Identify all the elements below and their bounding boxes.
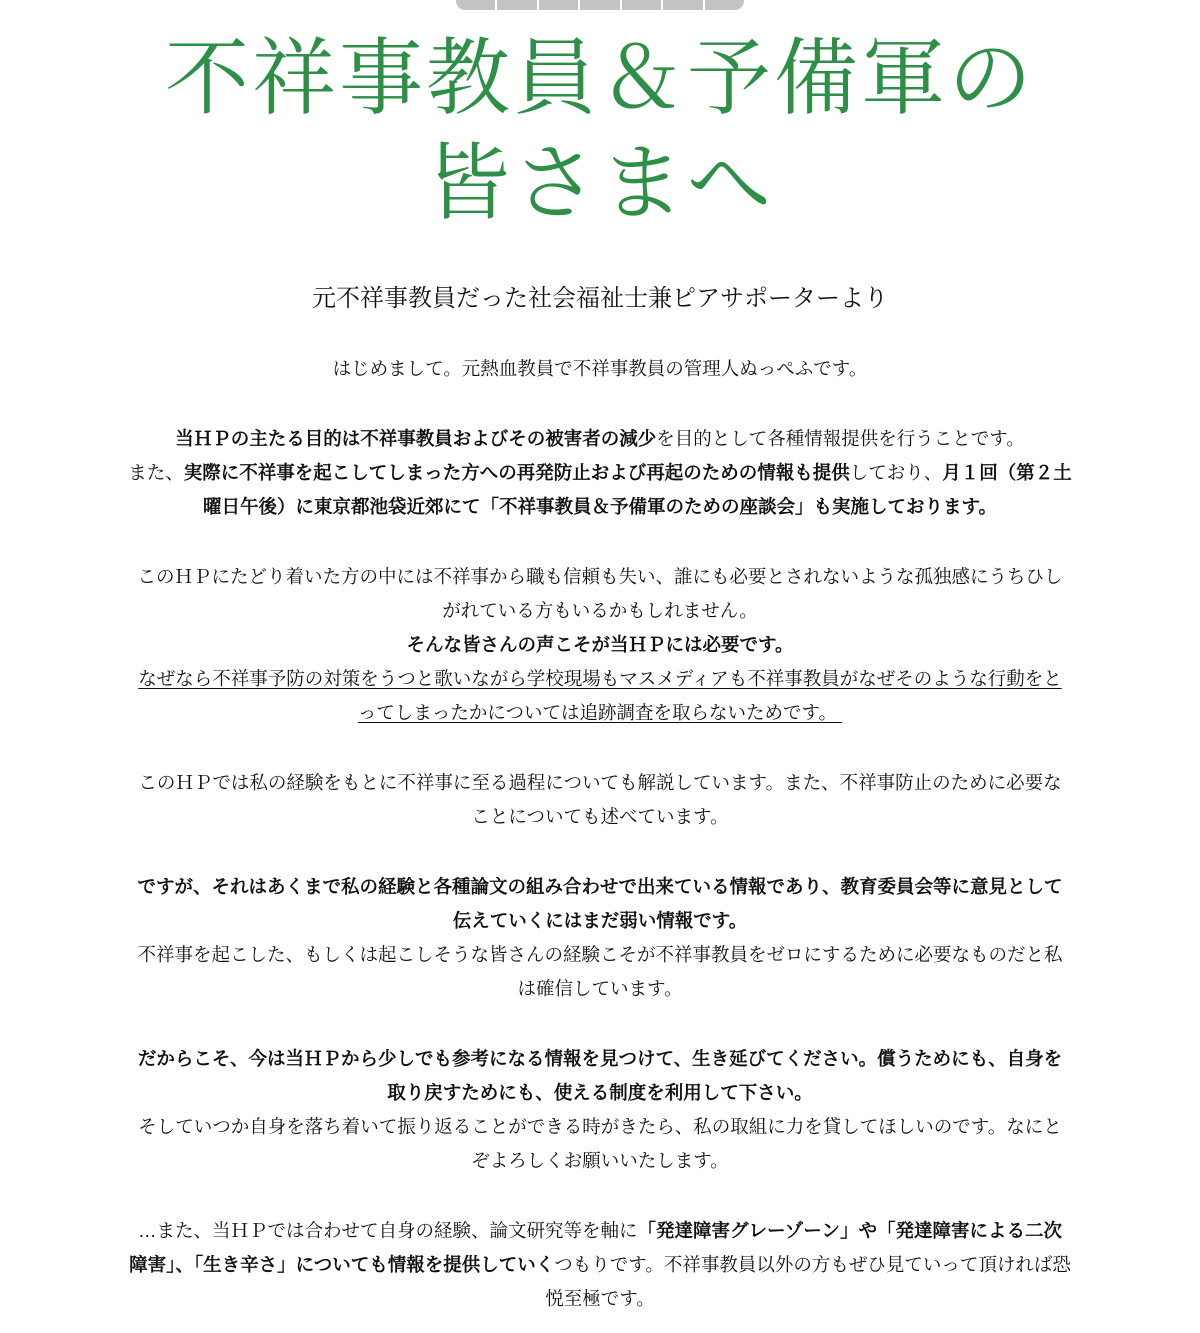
text-run: そしていつか自身を落ち着いて振り返ることができる時がきたら、私の取組に力を貸して… bbox=[138, 1116, 1062, 1137]
bold-text: 当ＨＰの主たる目的は不祥事教員およびその被害者の減少 bbox=[175, 428, 656, 449]
text-run: また、 bbox=[128, 462, 184, 483]
page-title-line2: 皆さまへ bbox=[426, 136, 774, 230]
text-run: 悦至極です。 bbox=[545, 1288, 655, 1309]
text-line: ぞよろしくお願いいたします。 bbox=[0, 1144, 1200, 1178]
bold-text: 伝えていくにはまだ弱い情報です。 bbox=[453, 910, 748, 931]
text-line: そしていつか自身を落ち着いて振り返ることができる時がきたら、私の取組に力を貸して… bbox=[0, 1110, 1200, 1144]
text-run: はじめまして。元熱血教員で不祥事教員の管理人ぬっぺふです。 bbox=[333, 358, 868, 379]
text-line: 伝えていくにはまだ弱い情報です。 bbox=[0, 904, 1200, 938]
page-title: 不祥事教員＆予備軍の 皆さまへ bbox=[0, 26, 1200, 236]
bold-text: だからこそ、今は当ＨＰから少しでも参考になる情報を見つけて、生き延びてください。… bbox=[138, 1048, 1062, 1069]
paragraph-appeal: だからこそ、今は当ＨＰから少しでも参考になる情報を見つけて、生き延びてください。… bbox=[0, 1042, 1200, 1178]
bold-text: 曜日午後）に東京都池袋近郊にて「不祥事教員＆予備軍のための座談会」も実施しており… bbox=[203, 496, 997, 517]
text-run: 不祥事を起こした、もしくは起こしそうな皆さんの経験こそが不祥事教員をゼロにするた… bbox=[137, 944, 1062, 965]
text-line: また、実際に不祥事を起こしてしまった方への再発防止および再起のための情報も提供し… bbox=[0, 456, 1200, 490]
page-subtitle: 元不祥事教員だった社会福祉士兼ピアサポーターより bbox=[0, 282, 1200, 316]
paragraph-voice: このＨＰにたどり着いた方の中には不祥事から職も信頼も失い、誰にも必要とされないよ… bbox=[0, 560, 1200, 730]
paragraph-additional-topics: …また、当ＨＰでは合わせて自身の経験、論文研究等を軸に「発達障害グレーゾーン」や… bbox=[0, 1214, 1200, 1316]
text-line: このＨＰでは私の経験をもとに不祥事に至る過程についても解説しています。また、不祥… bbox=[0, 766, 1200, 800]
nav-item[interactable] bbox=[539, 0, 578, 10]
text-line: 障害」、「生き辛さ」についても情報を提供していくつもりです。不祥事教員以外の方も… bbox=[0, 1248, 1200, 1282]
nav-item[interactable] bbox=[663, 0, 702, 10]
nav-item[interactable] bbox=[705, 0, 744, 10]
nav-item[interactable] bbox=[456, 0, 495, 10]
text-line: そんな皆さんの声こそが当ＨＰには必要です。 bbox=[0, 628, 1200, 662]
text-run: ことについても述べています。 bbox=[471, 806, 728, 827]
underlined-text: ってしまったかについては追跡調査を取らないためです。 bbox=[358, 702, 842, 723]
text-run: つもりです。不祥事教員以外の方もぜひ見ていって頂ければ恐 bbox=[554, 1254, 1071, 1275]
text-run: …また、当ＨＰでは合わせて自身の経験、論文研究等を軸に bbox=[138, 1220, 638, 1241]
paragraph-intro: はじめまして。元熱血教員で不祥事教員の管理人ぬっぺふです。 bbox=[0, 352, 1200, 386]
paragraph-experience: このＨＰでは私の経験をもとに不祥事に至る過程についても解説しています。また、不祥… bbox=[0, 766, 1200, 834]
text-run: がれている方もいるかもしれません。 bbox=[442, 600, 758, 621]
text-line: 当ＨＰの主たる目的は不祥事教員およびその被害者の減少を目的として各種情報提供を行… bbox=[0, 422, 1200, 456]
text-line: 悦至極です。 bbox=[0, 1282, 1200, 1316]
text-run: を目的として各種情報提供を行うことです。 bbox=[656, 428, 1025, 449]
bold-text: そんな皆さんの声こそが当ＨＰには必要です。 bbox=[406, 634, 793, 655]
text-line: は確信しています。 bbox=[0, 972, 1200, 1006]
page-title-line1: 不祥事教員＆予備軍の bbox=[165, 31, 1035, 125]
bold-text: ですが、それはあくまで私の経験と各種論文の組み合わせで出来ている情報であり、教育… bbox=[137, 876, 1062, 897]
text-line: ってしまったかについては追跡調査を取らないためです。 bbox=[0, 696, 1200, 730]
bold-text: 取り戻すためにも、使える制度を利用して下さい。 bbox=[387, 1082, 813, 1103]
text-run: このＨＰにたどり着いた方の中には不祥事から職も信頼も失い、誰にも必要とされないよ… bbox=[137, 566, 1062, 587]
text-line: だからこそ、今は当ＨＰから少しでも参考になる情報を見つけて、生き延びてください。… bbox=[0, 1042, 1200, 1076]
text-line: ことについても述べています。 bbox=[0, 800, 1200, 834]
text-line: なぜなら不祥事予防の対策をうつと歌いながら学校現場もマスメディアも不祥事教員がな… bbox=[0, 662, 1200, 696]
bold-text: 実際に不祥事を起こしてしまった方への再発防止および再起のための情報も提供 bbox=[184, 462, 850, 483]
text-run: このＨＰでは私の経験をもとに不祥事に至る過程についても解説しています。また、不祥… bbox=[138, 772, 1061, 793]
body-paragraphs: はじめまして。元熱血教員で不祥事教員の管理人ぬっぺふです。当ＨＰの主たる目的は不… bbox=[0, 352, 1200, 1316]
text-line: 曜日午後）に東京都池袋近郊にて「不祥事教員＆予備軍のための座談会」も実施しており… bbox=[0, 490, 1200, 524]
nav-item[interactable] bbox=[622, 0, 661, 10]
bold-text: 月１回（第２土 bbox=[942, 462, 1072, 483]
bold-text: 「発達障害グレーゾーン」や「発達障害による二次 bbox=[638, 1220, 1062, 1241]
paragraph-weak-info: ですが、それはあくまで私の経験と各種論文の組み合わせで出来ている情報であり、教育… bbox=[0, 870, 1200, 1006]
text-line: 不祥事を起こした、もしくは起こしそうな皆さんの経験こそが不祥事教員をゼロにするた… bbox=[0, 938, 1200, 972]
text-line: …また、当ＨＰでは合わせて自身の経験、論文研究等を軸に「発達障害グレーゾーン」や… bbox=[0, 1214, 1200, 1248]
bold-text: 障害」、「生き辛さ」についても情報を提供していく bbox=[129, 1254, 554, 1275]
text-run: しており、 bbox=[850, 462, 943, 483]
nav-item[interactable] bbox=[497, 0, 536, 10]
top-nav-bar[interactable] bbox=[456, 0, 744, 10]
text-line: このＨＰにたどり着いた方の中には不祥事から職も信頼も失い、誰にも必要とされないよ… bbox=[0, 560, 1200, 594]
text-line: はじめまして。元熱血教員で不祥事教員の管理人ぬっぺふです。 bbox=[0, 352, 1200, 386]
text-line: がれている方もいるかもしれません。 bbox=[0, 594, 1200, 628]
text-line: ですが、それはあくまで私の経験と各種論文の組み合わせで出来ている情報であり、教育… bbox=[0, 870, 1200, 904]
text-run: ぞよろしくお願いいたします。 bbox=[471, 1150, 729, 1171]
text-line: 取り戻すためにも、使える制度を利用して下さい。 bbox=[0, 1076, 1200, 1110]
nav-item[interactable] bbox=[580, 0, 619, 10]
text-run: は確信しています。 bbox=[517, 978, 682, 999]
paragraph-purpose: 当ＨＰの主たる目的は不祥事教員およびその被害者の減少を目的として各種情報提供を行… bbox=[0, 422, 1200, 524]
underlined-text: なぜなら不祥事予防の対策をうつと歌いながら学校現場もマスメディアも不祥事教員がな… bbox=[138, 668, 1062, 689]
